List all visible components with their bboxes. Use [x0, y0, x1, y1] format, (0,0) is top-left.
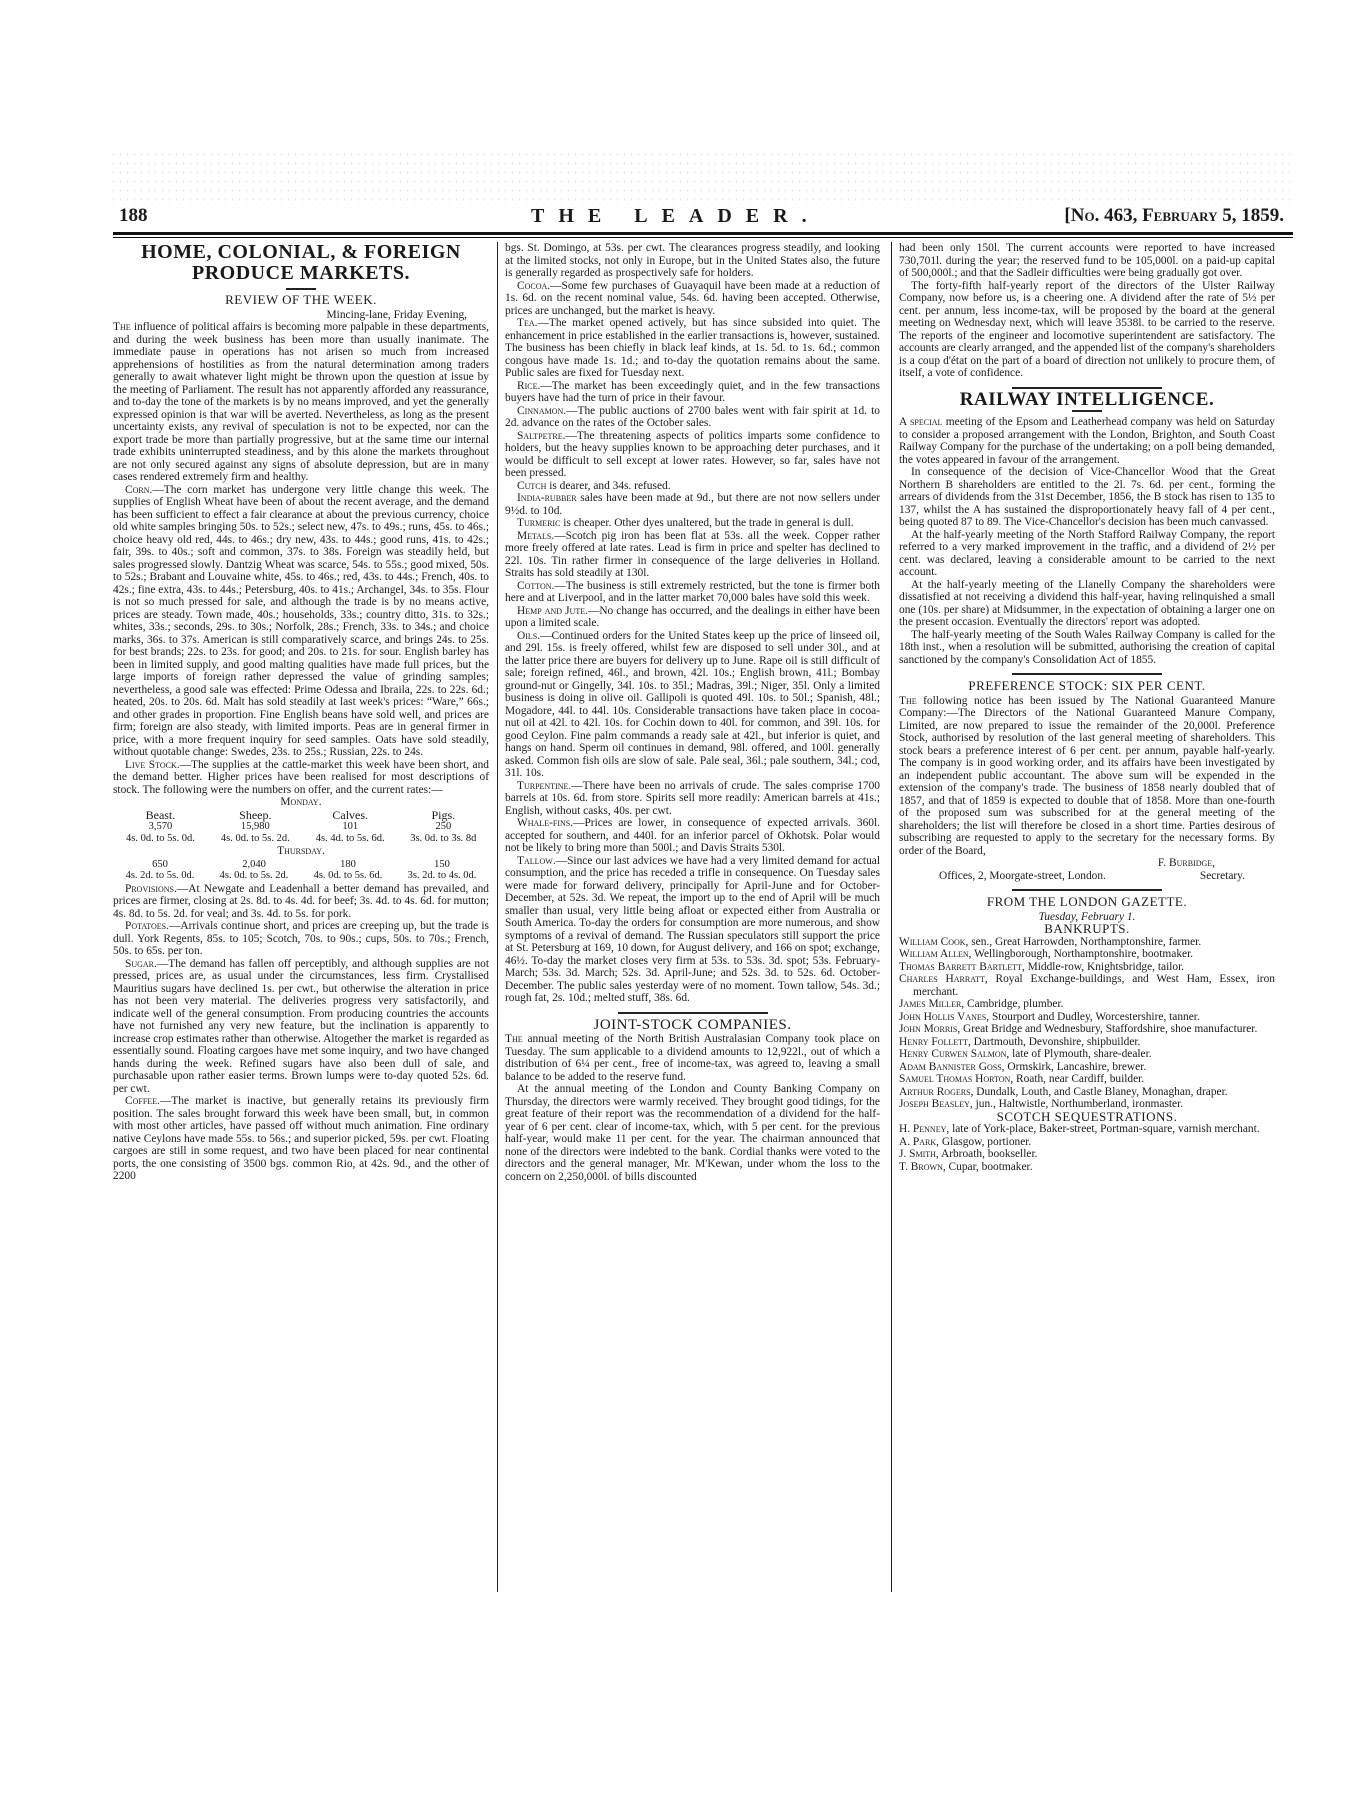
joint-stock-p2: At the annual meeting of the London and …: [505, 1083, 880, 1183]
list-item: William Cook, sen., Great Harrowden, Nor…: [899, 936, 1275, 949]
cutch-paragraph: Cutch is dearer, and 34s. refused.: [505, 480, 880, 493]
potatoes-paragraph: Potatoes.—Arrivals continue short, and p…: [113, 920, 489, 958]
livestock-table-thursday: 650 2,040 180 150 4s. 2d. to 5s. 0d. 4s.…: [113, 859, 489, 882]
cocoa-paragraph: Cocoa.—Some few purchases of Guayaquil h…: [505, 280, 880, 318]
table-header-row: Beast. Sheep. Calves. Pigs.: [113, 810, 489, 822]
oils-paragraph: Oils.—Continued orders for the United St…: [505, 630, 880, 780]
joint-stock-headline: JOINT-STOCK COMPANIES.: [505, 1019, 880, 1032]
hemp-jute-paragraph: Hemp and Jute.—No change has occurred, a…: [505, 605, 880, 630]
offices-line: Offices, 2, Moorgate-street, London. Sec…: [899, 870, 1275, 883]
newspaper-title: THE LEADER.: [531, 205, 821, 228]
issue-date: [No. 463, February 5, 1859.: [1064, 205, 1284, 227]
list-item: James Miller, Cambridge, plumber.: [899, 998, 1275, 1011]
joint-stock-p3: The forty-fifth half-yearly report of th…: [899, 280, 1275, 380]
column-divider: [497, 242, 498, 1592]
bankrupts-heading: BANKRUPTS.: [899, 923, 1275, 936]
list-item: Arthur Rogers, Dundalk, Louth, and Castl…: [899, 1086, 1275, 1099]
masthead-rule: [113, 232, 1293, 238]
turmeric-paragraph: Turmeric is cheaper. Other dyes unaltere…: [505, 517, 880, 530]
column-3: had been only 150l. The current accounts…: [899, 242, 1275, 1173]
coffee-continued: bgs. St. Domingo, at 53s. per cwt. The c…: [505, 242, 880, 280]
section-divider: [618, 1012, 768, 1014]
column-2: bgs. St. Domingo, at 53s. per cwt. The c…: [505, 242, 880, 1183]
list-item: Samuel Thomas Horton, Roath, near Cardif…: [899, 1073, 1275, 1086]
markets-headline: HOME, COLONIAL, & FOREIGN PRODUCE MARKET…: [113, 242, 489, 284]
railway-p1: A special meeting of the Epsom and Leath…: [899, 416, 1275, 466]
railway-p5: The half-yearly meeting of the South Wal…: [899, 629, 1275, 667]
railway-p2: In consequence of the decision of Vice-C…: [899, 466, 1275, 529]
india-rubber-paragraph: India-rubber sales have been made at 9d.…: [505, 492, 880, 517]
markets-intro: The influence of political affairs is be…: [113, 321, 489, 484]
page-number: 188: [119, 205, 148, 227]
table-row: 4s. 0d. to 5s. 0d. 4s. 0d. to 5s. 2d. 4s…: [113, 833, 489, 845]
preference-headline: PREFERENCE STOCK: SIX PER CENT.: [899, 680, 1275, 693]
list-item: Adam Bannister Goss, Ormskirk, Lancashir…: [899, 1061, 1275, 1074]
whale-fins-paragraph: Whale-fins.—Prices are lower, in consequ…: [505, 817, 880, 855]
railway-p4: At the half-yearly meeting of the Llanel…: [899, 579, 1275, 629]
sugar-paragraph: Sugar.—The demand has fallen off percept…: [113, 958, 489, 1096]
list-item: Henry Curwen Salmon, late of Plymouth, s…: [899, 1048, 1275, 1061]
masthead: 188 THE LEADER. [No. 463, February 5, 18…: [113, 205, 1288, 231]
column-divider: [891, 242, 892, 1592]
dateline: Mincing-lane, Friday Evening,: [113, 309, 489, 322]
table-row: 650 2,040 180 150: [113, 859, 489, 871]
corn-paragraph: Corn.—The corn market has undergone very…: [113, 484, 489, 759]
divider: [1072, 410, 1102, 412]
list-item: Charles Harratt, Royal Exchange-building…: [899, 973, 1275, 998]
metals-paragraph: Metals.—Scotch pig iron has been flat at…: [505, 530, 880, 580]
joint-stock-p2-continued: had been only 150l. The current accounts…: [899, 242, 1275, 280]
cotton-paragraph: Cotton.—The business is still extremely …: [505, 580, 880, 605]
table-row: 4s. 2d. to 5s. 0d. 4s. 0d. to 5s. 2d. 4s…: [113, 870, 489, 882]
provisions-paragraph: Provisions.—At Newgate and Leadenhall a …: [113, 883, 489, 921]
livestock-day-thursday: Thursday.: [113, 845, 489, 858]
list-item: Thomas Barrett Bartlett, Middle-row, Kni…: [899, 961, 1275, 974]
bankrupts-list: William Cook, sen., Great Harrowden, Nor…: [899, 936, 1275, 1111]
livestock-paragraph: Live Stock.—The supplies at the cattle-m…: [113, 759, 489, 797]
railway-headline: RAILWAY INTELLIGENCE.: [899, 394, 1275, 407]
gazette-headline: FROM THE LONDON GAZETTE.: [899, 896, 1275, 909]
scan-noise: [110, 150, 1290, 208]
tea-paragraph: Tea.—The market opened actively, but has…: [505, 317, 880, 380]
cinnamon-paragraph: Cinnamon.—The public auctions of 2700 ba…: [505, 405, 880, 430]
divider: [286, 288, 316, 290]
column-1: HOME, COLONIAL, & FOREIGN PRODUCE MARKET…: [113, 242, 489, 1183]
signatory: F. Burbidge,: [899, 857, 1275, 870]
livestock-table-monday: Beast. Sheep. Calves. Pigs. 3,570 15,980…: [113, 810, 489, 845]
railway-p3: At the half-yearly meeting of the North …: [899, 529, 1275, 579]
list-item: A. Park, Glasgow, portioner.: [899, 1136, 1275, 1149]
sequestrations-list: H. Penney, late of York-place, Baker-str…: [899, 1123, 1275, 1173]
coffee-paragraph: Coffee.—The market is inactive, but gene…: [113, 1095, 489, 1183]
rice-paragraph: Rice.—The market has been exceedingly qu…: [505, 380, 880, 405]
livestock-day-monday: Monday.: [113, 796, 489, 809]
section-divider: [1012, 889, 1162, 891]
list-item: William Allen, Wellingborough, Northampt…: [899, 948, 1275, 961]
list-item: John Hollis Vanes, Stourport and Dudley,…: [899, 1011, 1275, 1024]
list-item: T. Brown, Cupar, bootmaker.: [899, 1161, 1275, 1174]
list-item: John Morris, Great Bridge and Wednesbury…: [899, 1023, 1275, 1036]
list-item: J. Smith, Arbroath, bookseller.: [899, 1148, 1275, 1161]
joint-stock-p1: The annual meeting of the North British …: [505, 1033, 880, 1083]
markets-subtitle: REVIEW OF THE WEEK.: [113, 294, 489, 307]
scotch-heading: SCOTCH SEQUESTRATIONS.: [899, 1111, 1275, 1124]
turpentine-paragraph: Turpentine.—There have been no arrivals …: [505, 780, 880, 818]
tallow-paragraph: Tallow.—Since our last advices we have h…: [505, 855, 880, 1005]
saltpetre-paragraph: Saltpetre.—The threatening aspects of po…: [505, 430, 880, 480]
list-item: Henry Follett, Dartmouth, Devonshire, sh…: [899, 1036, 1275, 1049]
preference-notice: The following notice has been issued by …: [899, 695, 1275, 858]
list-item: H. Penney, late of York-place, Baker-str…: [899, 1123, 1275, 1136]
table-row: 3,570 15,980 101 250: [113, 821, 489, 833]
section-divider: [1012, 673, 1162, 675]
